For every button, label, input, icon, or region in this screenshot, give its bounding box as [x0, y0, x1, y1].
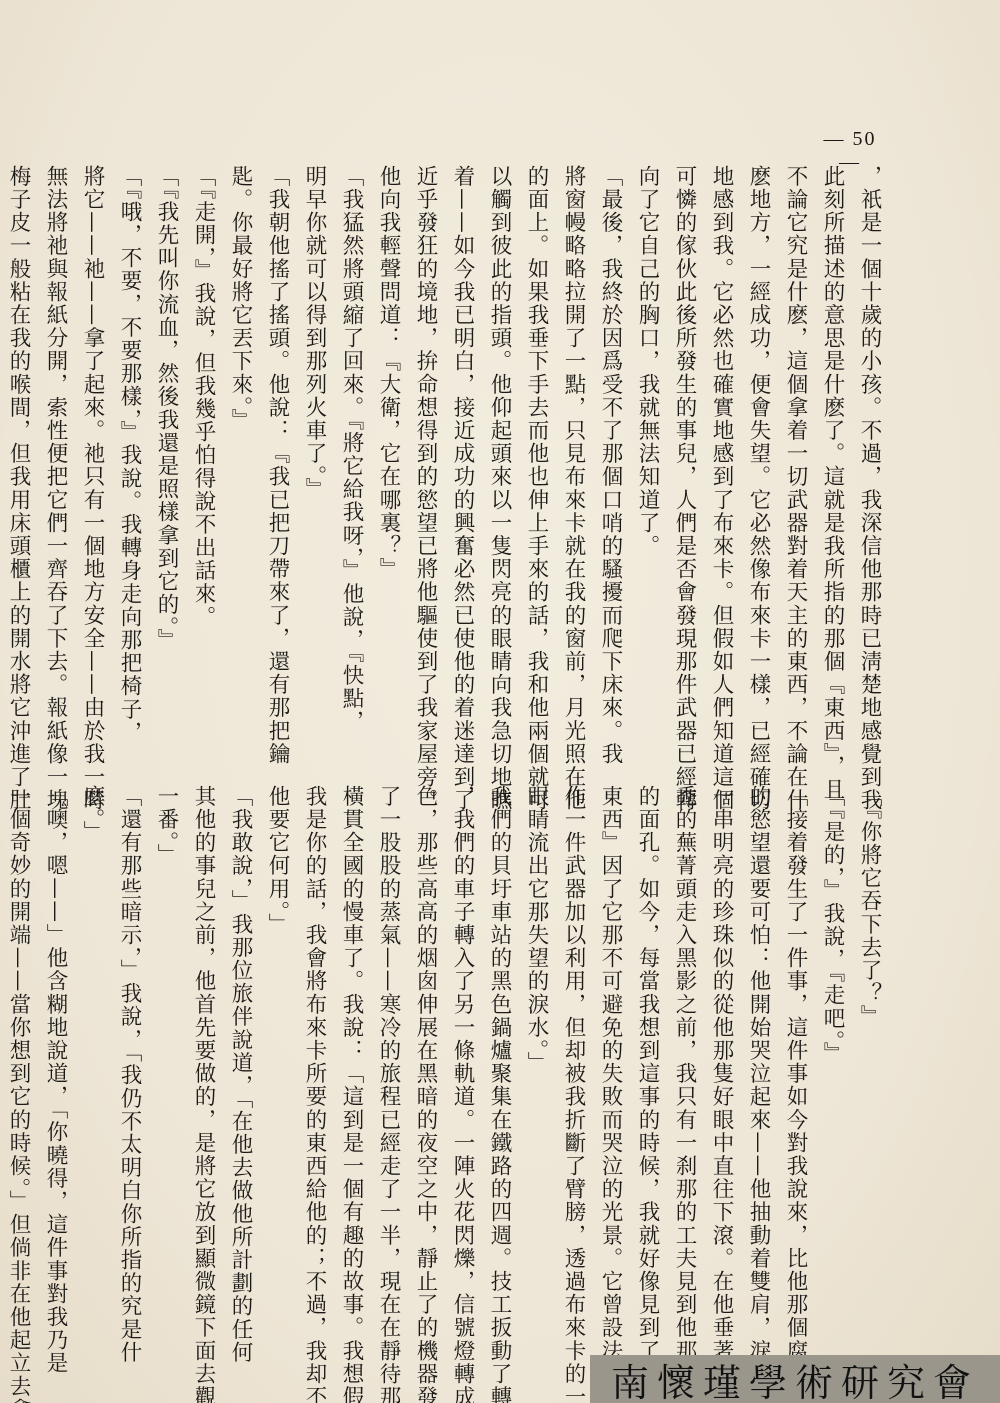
- text-column: 的面上。如果我垂下手去而他也伸上手來的話，我和他兩個就可: [518, 165, 555, 765]
- text-column: 作一件武器加以利用，但却被我折斷了臂膀，透過布來卡的一隻: [555, 785, 592, 1305]
- text-column: 「最後，我終於因爲受不了那個口哨的騷擾而爬下床來。我: [592, 165, 629, 765]
- text-column: 的面孔。如今，每當我想到這事的時候，我就好像見到了那個『: [629, 785, 666, 1305]
- text-column: 一個奇妙的開端——當你想到它的時候。」但倘非在他起立去拿: [0, 785, 37, 1305]
- text-column: 將窗幔略略拉開了一點，只見布來卡就在我的窗前，月光照在他: [555, 165, 592, 765]
- text-column: 「還有那些暗示，」我說，「我仍不太明白你所指的究是什: [111, 785, 148, 1305]
- text-column: 眼睛流出它那失望的淚水。」: [518, 785, 555, 1305]
- text-column: 匙。你最好將它丟下來。』: [222, 165, 259, 765]
- text-column: 一串明亮的珍珠似的從他那隻好眼中直往下滾。在他垂著那隻光: [703, 785, 740, 1305]
- text-column: 無法將祂與報紙分開，索性便把它們一齊吞了下去。報紙像一塊: [37, 165, 74, 765]
- text-column: 可憐的傢伙此後所發生的事兒，人們是否會發現那件武器已經轉: [666, 165, 703, 765]
- text-column: 其他的事兒之前，他首先要做的，是將它放到顯微鏡下面去觀察: [185, 785, 222, 1305]
- text-column: ，我們的車子轉入了另一條軌道。一陣火花閃爍，信號燈轉成了紅: [444, 785, 481, 1305]
- text-column: 此刻所描述的意思是什麽了。這就是我所指的那個『東西』，且: [814, 165, 851, 765]
- text-column: 麽地方，一經成功，便會失望。它必然像布來卡一樣，已經確切: [740, 165, 777, 765]
- text-column: 梅子皮一般粘在我的喉間，但我用床頭櫃上的開水將它沖進了肚: [0, 165, 37, 765]
- bottom-text-block: 「『你將它吞下去了？』 「『是的，』我說，『走吧。』 「接着發生了一件事，這件事…: [108, 785, 888, 1305]
- text-column: 不論它究是什麽，這個拿着一切武器對着天主的東西，不論在什: [777, 165, 814, 765]
- top-text-block: ，祇是一個十歲的小孩。不過，我深信他那時已淸楚地感覺到我 此刻所描述的意思是什麽…: [108, 165, 888, 765]
- text-column: 我是你的話，我會將布來卡所要的東西給他的；不過，我却不知: [296, 785, 333, 1305]
- text-column: 近乎發狂的境地，拚命想得到的慾望已將他驅使到了我家屋旁。: [407, 165, 444, 765]
- text-column: 着——如今我已明白，接近成功的興奮必然已使他的着迷達到了: [444, 165, 481, 765]
- text-column: 「『你將它吞下去了？』: [851, 785, 888, 1305]
- text-column: 「接着發生了一件事，這件事如今對我說來，比他那個腐化: [777, 785, 814, 1305]
- document-page: — 50 — ，祇是一個十歲的小孩。不過，我深信他那時已淸楚地感覺到我 此刻所描…: [0, 0, 1000, 1403]
- text-column: 「『哦，不要，不要那樣，』我說。我轉身走向那把椅子，: [111, 165, 148, 765]
- text-column: 一番。」: [148, 785, 185, 1305]
- text-column: 將它——祂——拿了起來。祂只有一個地方安全——由於我一時: [74, 165, 111, 765]
- text-column: 明早你就可以得到那列火車了。』: [296, 165, 333, 765]
- text-column: 以觸到彼此的指頭。他仰起頭來以一隻閃亮的眼睛向我急切地瞧: [481, 165, 518, 765]
- text-column: 「『我先叫你流血，然後我還是照樣拿到它的。』: [148, 165, 185, 765]
- text-column: 了一股股的蒸氣——寒冷的旅程已經走了一半，現在在靜待那列: [370, 785, 407, 1305]
- text-column: 色，那些高高的烟囱伸展在黑暗的夜空之中，靜止了的機器發出: [407, 785, 444, 1305]
- text-column: 的慾望還要可怕：他開始哭泣起來——他抽動着雙肩，淚水像: [740, 785, 777, 1305]
- text-column: 他向我輕聲問道：『大衛，它在哪裏？』: [370, 165, 407, 765]
- text-column: 我們的貝圩車站的黑色鍋爐聚集在鐵路的四週。技工扳動了轉轍: [481, 785, 518, 1305]
- text-column: 「噢，嗯——」他含糊地說道，「你曉得，這件事對我乃是: [37, 785, 74, 1305]
- watermark-banner: 南懷瑾學術研究會: [590, 1355, 1000, 1403]
- text-column: 「我猛然將頭縮了回來。『將它給我呀，』他說，『快點，: [333, 165, 370, 765]
- text-column: 「我朝他搖了搖頭。他說：『我已把刀帶來了，還有那把鑰: [259, 165, 296, 765]
- text-column: 「『走開，』我說，但我幾乎怕得說不出話來。: [185, 165, 222, 765]
- text-column: 「『是的，』我說，『走吧。』: [814, 785, 851, 1305]
- text-column: 麽。」: [74, 785, 111, 1305]
- text-column: 向了它自己的胸口，我就無法知道了。: [629, 165, 666, 765]
- text-column: 東西』因了它那不可避免的失敗而哭泣的光景。它曾設法將我當: [592, 785, 629, 1305]
- text-column: 「我敢說，」我那位旅伴說道，「在他去做他所計劃的任何: [222, 785, 259, 1305]
- text-column: 橫貫全國的慢車了。我說：「這到是一個有趣的故事。我想假如: [333, 785, 370, 1305]
- text-column: ，祇是一個十歲的小孩。不過，我深信他那時已淸楚地感覺到我: [851, 165, 888, 765]
- text-column: 地感到我。它必然也確實地感到了布來卡。但假如人們知道這個: [703, 165, 740, 765]
- text-column: 他要它何用。」: [259, 785, 296, 1305]
- text-column: 禿的蕪菁頭走入黑影之前，我只有一刹那的工夫見到他那副醜陋: [666, 785, 703, 1305]
